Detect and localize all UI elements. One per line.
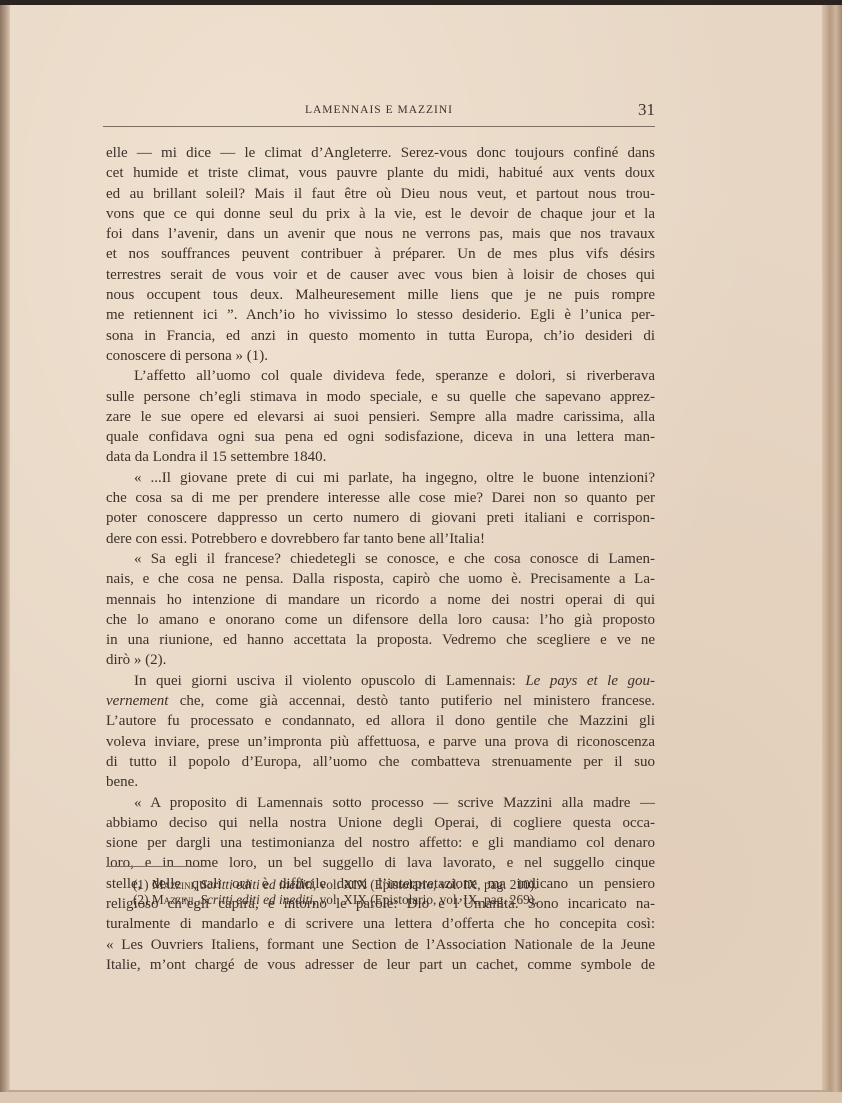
footnote-citation: , vol. XIX (Epistolario, vol. IX, pag. 2… bbox=[313, 877, 538, 892]
text-line: zare le sue opere ed elevarsi ai suoi pe… bbox=[106, 407, 655, 427]
footnote-title: Scritti editi ed inediti bbox=[200, 892, 313, 907]
text-line: elle — mi dice — le climat d’Angleterre.… bbox=[106, 143, 655, 163]
text-line: L’affetto all’uomo col quale divideva fe… bbox=[106, 366, 655, 386]
scan-top-edge bbox=[0, 0, 842, 5]
text-line: dirò » (2). bbox=[106, 650, 655, 670]
page-spine-edge bbox=[0, 5, 10, 1103]
text-line: « Les Ouvriers Italiens, formant une Sec… bbox=[106, 935, 655, 955]
page-bottom-strip bbox=[0, 1092, 842, 1103]
text-line: vernement che, come già accennai, destò … bbox=[106, 691, 655, 711]
text-line: abbiamo deciso qui nella nostra Unione d… bbox=[106, 813, 655, 833]
text-line: me retiennent ici ”. Anch’io ho vivissim… bbox=[106, 305, 655, 325]
text-line: data da Londra il 15 settembre 1840. bbox=[106, 447, 655, 467]
text-line: « Sa egli il francese? chiedetegli se co… bbox=[106, 549, 655, 569]
italic-title: Le pays et le gou- bbox=[525, 673, 655, 689]
text-line: foi dans l’avenir, dans un avenir que no… bbox=[106, 224, 655, 244]
text-line: sulle persone ch’egli stimava in modo sp… bbox=[106, 387, 655, 407]
book-page: LAMENNAIS E MAZZINI 31 elle — mi dice — … bbox=[0, 0, 842, 1103]
text-line: « A proposito di Lamennais sotto process… bbox=[106, 793, 655, 813]
footnote-author: Mazzini bbox=[152, 892, 194, 907]
text-line: sona in Francia, ed anzi in questo momen… bbox=[106, 326, 655, 346]
text-line: voleva inviare, prese un’impronta più af… bbox=[106, 732, 655, 752]
text-line: dere con essi. Potrebbero e dovrebbero f… bbox=[106, 529, 655, 549]
text-line: turalmente di mandarlo e di scrivere una… bbox=[106, 914, 655, 934]
text-line: bene. bbox=[106, 772, 655, 792]
running-title: LAMENNAIS E MAZZINI bbox=[103, 104, 655, 116]
footnote-title: Scritti editi ed inediti bbox=[200, 877, 313, 892]
text-line: che cosa sa di me per prendere interesse… bbox=[106, 488, 655, 508]
text-line: quale confidava ogni sua pena ed ogni so… bbox=[106, 427, 655, 447]
footnote-citation: , vol. XIX (Epistolario, vol. IX, pag. 2… bbox=[313, 892, 538, 907]
italic-title: vernement bbox=[106, 693, 168, 709]
header-rule bbox=[103, 126, 655, 127]
text-line: che lo amano e onorano come un difensore… bbox=[106, 610, 655, 630]
text-line: nais, e che cosa ne pensa. Dalla rispost… bbox=[106, 569, 655, 589]
footnote: (1) Mazzini, Scritti editi ed inediti, v… bbox=[133, 877, 673, 892]
text-line: in una riunione, ed hanno accettata la p… bbox=[106, 630, 655, 650]
text-line: Italie, m’ont chargé de vous adresser de… bbox=[106, 955, 655, 975]
footnote-rule bbox=[106, 866, 206, 867]
text-line: cet humide et triste climat, vous pauvre… bbox=[106, 163, 655, 183]
page-number: 31 bbox=[638, 100, 655, 120]
footnote-author: Mazzini bbox=[152, 877, 194, 892]
text-run: In quei giorni usciva il violento opusco… bbox=[134, 673, 525, 689]
text-line: mennais ho intenzione di mandare un rico… bbox=[106, 590, 655, 610]
text-line: terrestres serait de vous voir et de cau… bbox=[106, 265, 655, 285]
text-line: et nos souffrances peuvent contribuer à … bbox=[106, 244, 655, 264]
text-line: sione per dargli una testimonianza del n… bbox=[106, 833, 655, 853]
text-line: poter conoscere dappresso un certo numer… bbox=[106, 508, 655, 528]
text-line: vons que ce qui donne seul du prix à la … bbox=[106, 204, 655, 224]
footnote-number: (1) bbox=[133, 877, 152, 892]
text-run: che, come già accennai, destò tanto puti… bbox=[168, 693, 655, 709]
text-line: « ...Il giovane prete di cui mi parlate,… bbox=[106, 468, 655, 488]
text-line: ed au brillant soleil? Mais il faut être… bbox=[106, 184, 655, 204]
text-line: In quei giorni usciva il violento opusco… bbox=[106, 671, 655, 691]
running-head: LAMENNAIS E MAZZINI 31 bbox=[103, 100, 655, 124]
text-line: conoscere di persona » (1). bbox=[106, 346, 655, 366]
footnote-number: (2) bbox=[133, 892, 152, 907]
page-fore-edge bbox=[822, 5, 842, 1103]
text-line: loro, e in nome loro, un bel suggello di… bbox=[106, 853, 655, 873]
body-text: elle — mi dice — le climat d’Angleterre.… bbox=[106, 143, 655, 975]
footnotes: (1) Mazzini, Scritti editi ed inediti, v… bbox=[133, 877, 673, 907]
text-line: L’autore fu processato e condannato, ed … bbox=[106, 711, 655, 731]
footnote: (2) Mazzini, Scritti editi ed inediti, v… bbox=[133, 892, 673, 907]
text-line: di tutto il popolo d’Europa, all’uomo ch… bbox=[106, 752, 655, 772]
text-line: nous occupent tous deux. Malheuresement … bbox=[106, 285, 655, 305]
